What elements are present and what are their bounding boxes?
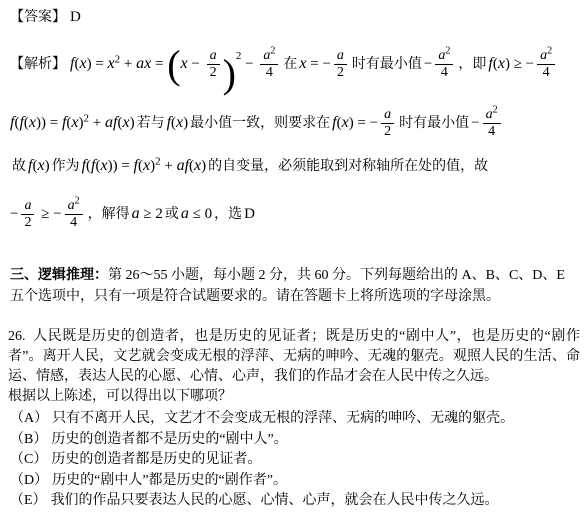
option-a-text: 只有不离开人民，文艺才不会变成无根的浮萍、无病的呻吟、无魂的躯壳。 [52,411,514,426]
section-title: 三、逻辑推理： [10,268,108,283]
option-d: （D）历史的“剧中人”都是历史的“剧作者”。 [10,471,580,492]
option-c-label: （C） [10,452,47,467]
question-text: 人民既是历史的创造者，也是历史的见证者；既是历史的“剧中人”，也是历史的“剧作者… [8,329,580,384]
option-d-text: 历史的“剧中人”都是历史的“剧作者”。 [52,473,287,488]
option-c-text: 历史的创造者都是历史的见证者。 [51,452,261,467]
answer-label: 【答案】 [10,10,66,25]
question-26: 26.人民既是历史的创造者，也是历史的见证者；既是历史的“剧中人”，也是历史的“… [8,327,580,387]
question-number: 26. [8,329,26,344]
option-e-text: 我们的作品只要表达人民的心愿、心情、心声，就会在人民中传之久远。 [51,493,499,508]
answer-line: 【答案】D [10,8,580,27]
formula-inequality-solution: −a2 ≥ −a24，解得a ≥ 2或a ≤ 0，选D [10,207,255,222]
analysis-line-1: 【解析】f(x) = x2 + ax = (x − a2)2 − a24在x =… [10,37,580,91]
option-e: （E）我们的作品只要表达人民的心愿、心情、心声，就会在人民中传之久远。 [10,491,580,512]
option-a-label: （A） [10,411,48,426]
analysis-line-2: f(f(x)) = f(x)2 + af(x)若与f(x)最小值一致，则要求在f… [10,97,580,149]
question-prompt: 根据以上陈述，可以得出以下哪项？ [8,387,580,407]
formula-composition: f(f(x)) = f(x)2 + af(x)若与f(x)最小值一致，则要求在f… [10,116,504,131]
option-b-text: 历史的创造者都不是历史的“剧中人”。 [51,432,287,447]
section-heading: 三、逻辑推理：第 26～55 小题，每小题 2 分，共 60 分。下列每题给出的… [10,265,580,307]
analysis-line-4: −a2 ≥ −a24，解得a ≥ 2或a ≤ 0，选D [10,189,580,239]
formula-completing-square: f(x) = x2 + ax = (x − a2)2 − a24在x = −a2… [70,57,558,72]
option-b-label: （B） [10,432,47,447]
option-c: （C）历史的创造者都是历史的见证者。 [10,450,580,471]
exam-solution-document: 【答案】D 【解析】f(x) = x2 + ax = (x − a2)2 − a… [0,0,586,520]
formula-argument-condition: 故f(x)作为f(f(x)) = f(x)2 + af(x)的自变量，必须能取到… [10,159,490,174]
option-e-label: （E） [10,493,47,508]
analysis-label: 【解析】 [10,57,66,72]
option-d-label: （D） [10,473,48,488]
answer-value: D [70,9,81,25]
option-b: （B）历史的创造者都不是历史的“剧中人”。 [10,430,580,451]
analysis-line-3: 故f(x)作为f(f(x)) = f(x)2 + af(x)的自变量，必须能取到… [10,153,580,179]
option-a: （A）只有不离开人民，文艺才不会变成无根的浮萍、无病的呻吟、无魂的躯壳。 [10,409,580,430]
options-list: （A）只有不离开人民，文艺才不会变成无根的浮萍、无病的呻吟、无魂的躯壳。 （B）… [8,409,580,512]
